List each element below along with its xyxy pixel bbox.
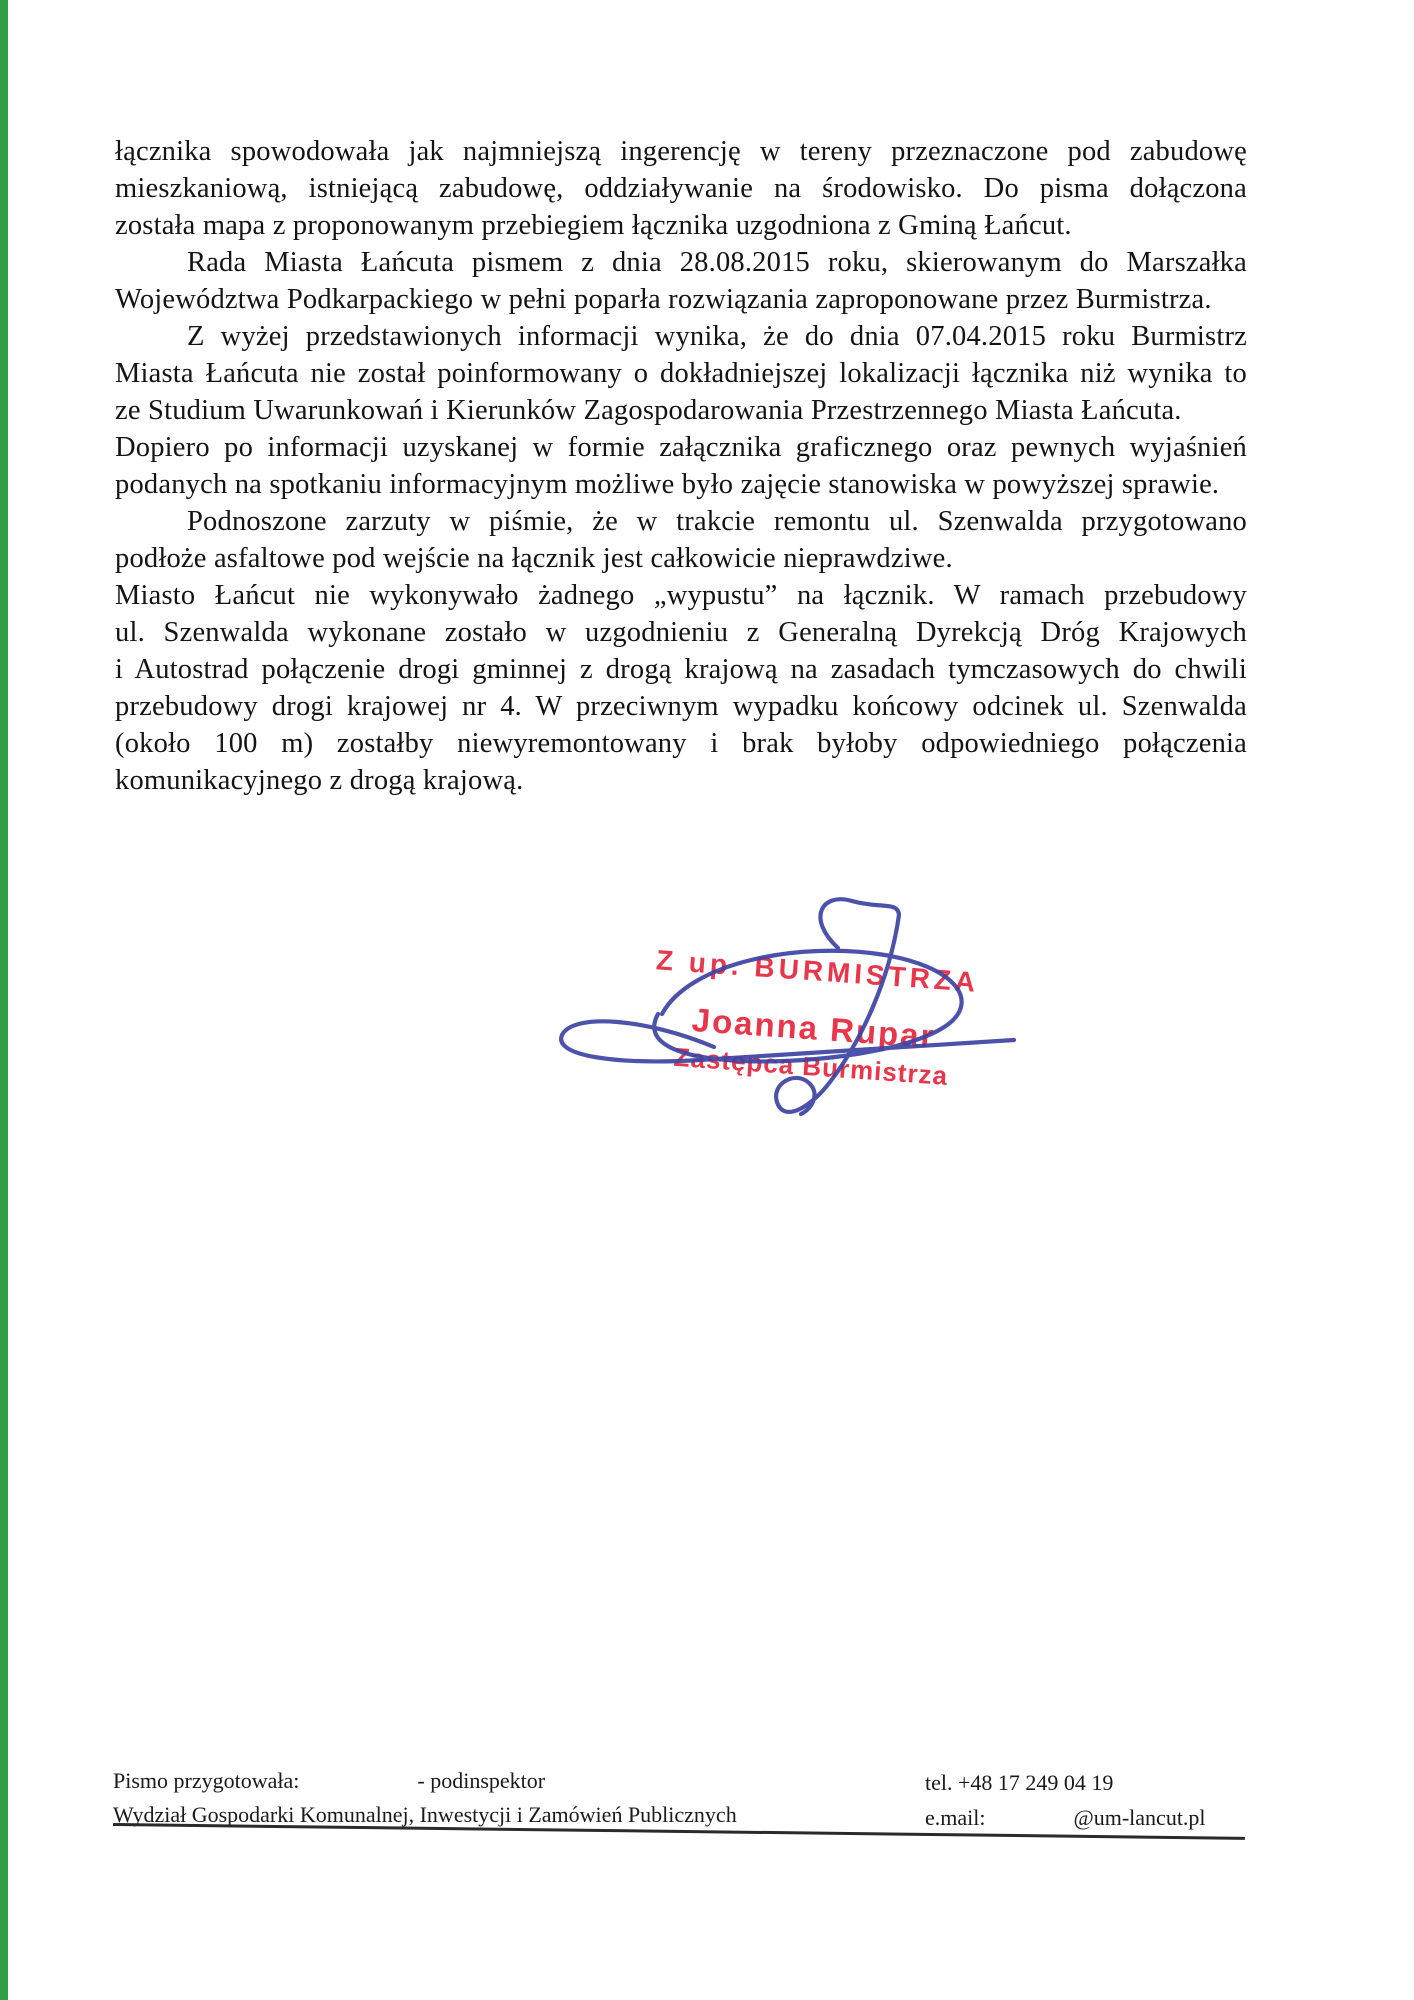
footer-position: - podinspektor [417, 1768, 545, 1793]
footer-email-line: e.mail:@um-lancut.pl [925, 1805, 1206, 1831]
footer-phone: tel. +48 17 249 04 19 [925, 1770, 1113, 1796]
footer-email-label: e.mail: [925, 1805, 985, 1830]
footer-email-domain: @um-lancut.pl [1073, 1805, 1205, 1830]
footer-prepared-label: Pismo przygotowała: [113, 1768, 299, 1793]
footer-prepared-line: Pismo przygotowała:- podinspektor [113, 1768, 545, 1794]
footer: Pismo przygotowała:- podinspektor Wydzia… [0, 0, 1414, 2000]
